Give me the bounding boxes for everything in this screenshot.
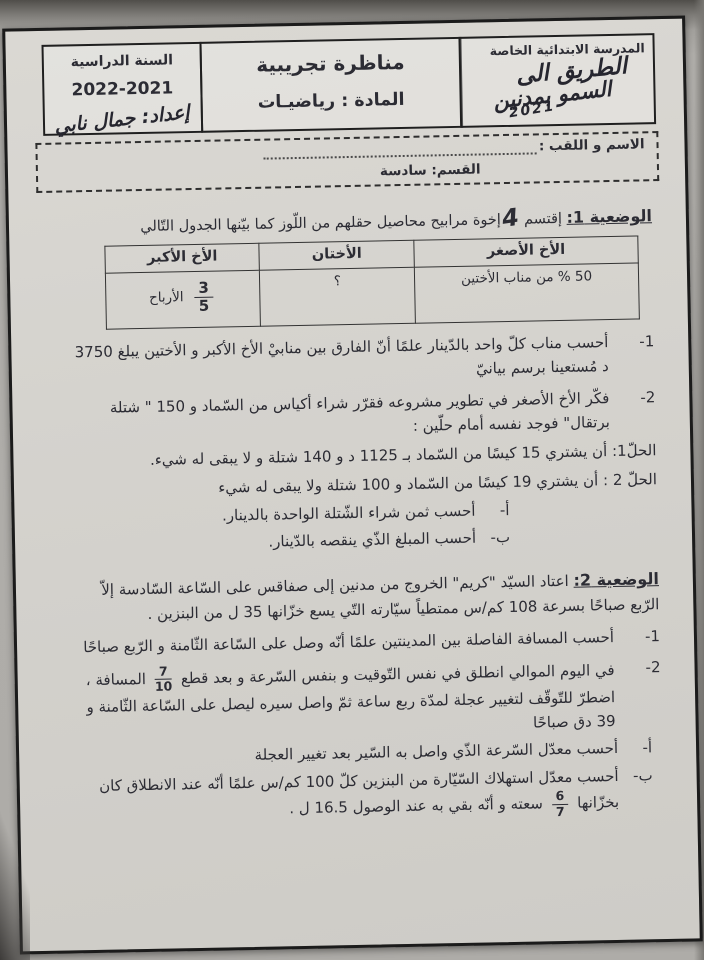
ex1-sub-question-b: ب- أحسب المبلغ الذّي ينقصه بالدّينار. — [71, 525, 510, 558]
ex2-q2-text: في اليوم الموالي انطلق في نفس التّوقيت و… — [73, 656, 615, 744]
ex1-cell-eldest-share: 3 5 الأرباح — [105, 270, 261, 329]
ex2-q1-text: أحسب المسافة الفاصلة بين المدينتين علمًا… — [73, 625, 614, 660]
name-label: الاسم و اللقب : — [539, 136, 645, 154]
ex2-title: الوضعية 2: — [573, 569, 659, 590]
identity-box: الاسم و اللقب : القسم: سادسة — [35, 131, 659, 193]
ex1-solution-2: الحلّ 2 : أن يشتري 19 كيسًا من السّماد و… — [70, 468, 657, 504]
ex2-intro: الوضعية 2: اعتاد السيّد "كريم" الخروج من… — [72, 566, 660, 627]
fraction-seven-tenths: 7 10 — [154, 664, 172, 693]
ex1-title: الوضعية 1: — [566, 206, 652, 227]
ex2-sub-question-b: ب- أحسب معدّل استهلاك السّيّارة من البنز… — [75, 763, 653, 827]
ex2-question-2: 2- في اليوم الموالي انطلق في نفس التّوقي… — [73, 655, 661, 744]
ex1-qa-text: أحسب ثمن شراء الشّتلة الواحدة بالدينار. — [222, 498, 476, 527]
scan-shadow-corner — [0, 810, 30, 960]
ex2-qb-marker: ب- — [618, 763, 653, 817]
ex1-intro-pre: إقتسم — [524, 211, 562, 228]
exam-title-cell: مناظرة تجريبية المادة : رياضيـات — [199, 37, 463, 133]
school-year-value: 2022-2021 — [50, 78, 194, 101]
exam-paper: المدرسة الابتدائية الخاصة الطريق الى الس… — [2, 16, 703, 955]
ex1-cell-sisters-share: ؟ — [260, 267, 416, 326]
class-label: القسم: سادسة — [380, 161, 481, 179]
ex1-qb-text: أحسب المبلغ الذّي ينقصه بالدّينار. — [268, 526, 476, 554]
prepared-by-handwritten: إعداد: جمال نابي — [44, 100, 199, 138]
ex1-q1-text: أحسب مناب كلّ واحد بالدّينار علمًا أنّ ا… — [67, 330, 609, 389]
ex1-intro-post: إخوة مرابيح محاصيل حقلهم من اللّوز كما ب… — [140, 212, 501, 235]
ex2-qa-marker: أ- — [618, 736, 652, 761]
ex1-q2-text: فكّر الأخ الأصغر في تطوير مشروعه فقرّر ش… — [68, 386, 610, 445]
name-fill-line — [263, 140, 537, 159]
fraction-three-fifths: 3 5 — [194, 280, 213, 315]
year-cell: السنة الدراسية 2022-2021 إعداد: جمال ناب… — [41, 42, 203, 136]
ex1-q1-marker: 1- — [608, 329, 655, 378]
ex1-header-two-sisters: الأختان — [259, 241, 414, 270]
ex1-eldest-profits-label: الأرباح — [149, 287, 184, 310]
ex1-table-data-row: 50 % من مناب الأختين ؟ 3 5 الأرباح — [105, 263, 639, 329]
ex2-question-1: 1- أحسب المسافة الفاصلة بين المدينتين عل… — [73, 624, 660, 660]
ex1-q2-marker: 2- — [609, 385, 656, 434]
ex2-q1-marker: 1- — [614, 624, 660, 649]
fraction-six-sevenths: 6 7 — [551, 789, 568, 818]
header-table: المدرسة الابتدائية الخاصة الطريق الى الس… — [41, 33, 656, 136]
ex1-question-2: 2- فكّر الأخ الأصغر في تطوير مشروعه فقرّ… — [68, 385, 656, 445]
ex2-q2-marker: 2- — [614, 655, 661, 733]
ex1-question-1: 1- أحسب مناب كلّ واحد بالدّينار علمًا أن… — [67, 329, 655, 389]
ex2-qa-text: أحسب معدّل السّرعة الذّي واصل به السّير … — [254, 736, 618, 767]
ex1-qb-marker: ب- — [476, 525, 510, 550]
paper-inner: المدرسة الابتدائية الخاصة الطريق الى الس… — [5, 19, 700, 952]
ex2-qb-text: أحسب معدّل استهلاك السّيّارة من البنزين … — [75, 764, 619, 828]
exam-subject: المادة : رياضيـات — [208, 89, 454, 114]
school-cell: المدرسة الابتدائية الخاصة الطريق الى الس… — [458, 33, 656, 128]
ex1-cell-youngest-share: 50 % من مناب الأختين — [414, 263, 639, 323]
ex1-shares-table: الأخ الأصغر الأختان الأخ الأكبر 50 % من … — [104, 236, 640, 330]
exam-body: الوضعية 1: إقتسم 4إخوة مرابيح محاصيل حقل… — [65, 203, 664, 827]
ex1-intro: الوضعية 1: إقتسم 4إخوة مرابيح محاصيل حقل… — [65, 203, 652, 241]
exam-title: مناظرة تجريبية — [207, 49, 453, 78]
handwritten-number-4: 4 — [501, 208, 520, 229]
ex1-header-eldest-brother: الأخ الأكبر — [105, 244, 260, 273]
school-year-label: السنة الدراسية — [50, 52, 194, 71]
ex1-qa-marker: أ- — [475, 498, 509, 523]
